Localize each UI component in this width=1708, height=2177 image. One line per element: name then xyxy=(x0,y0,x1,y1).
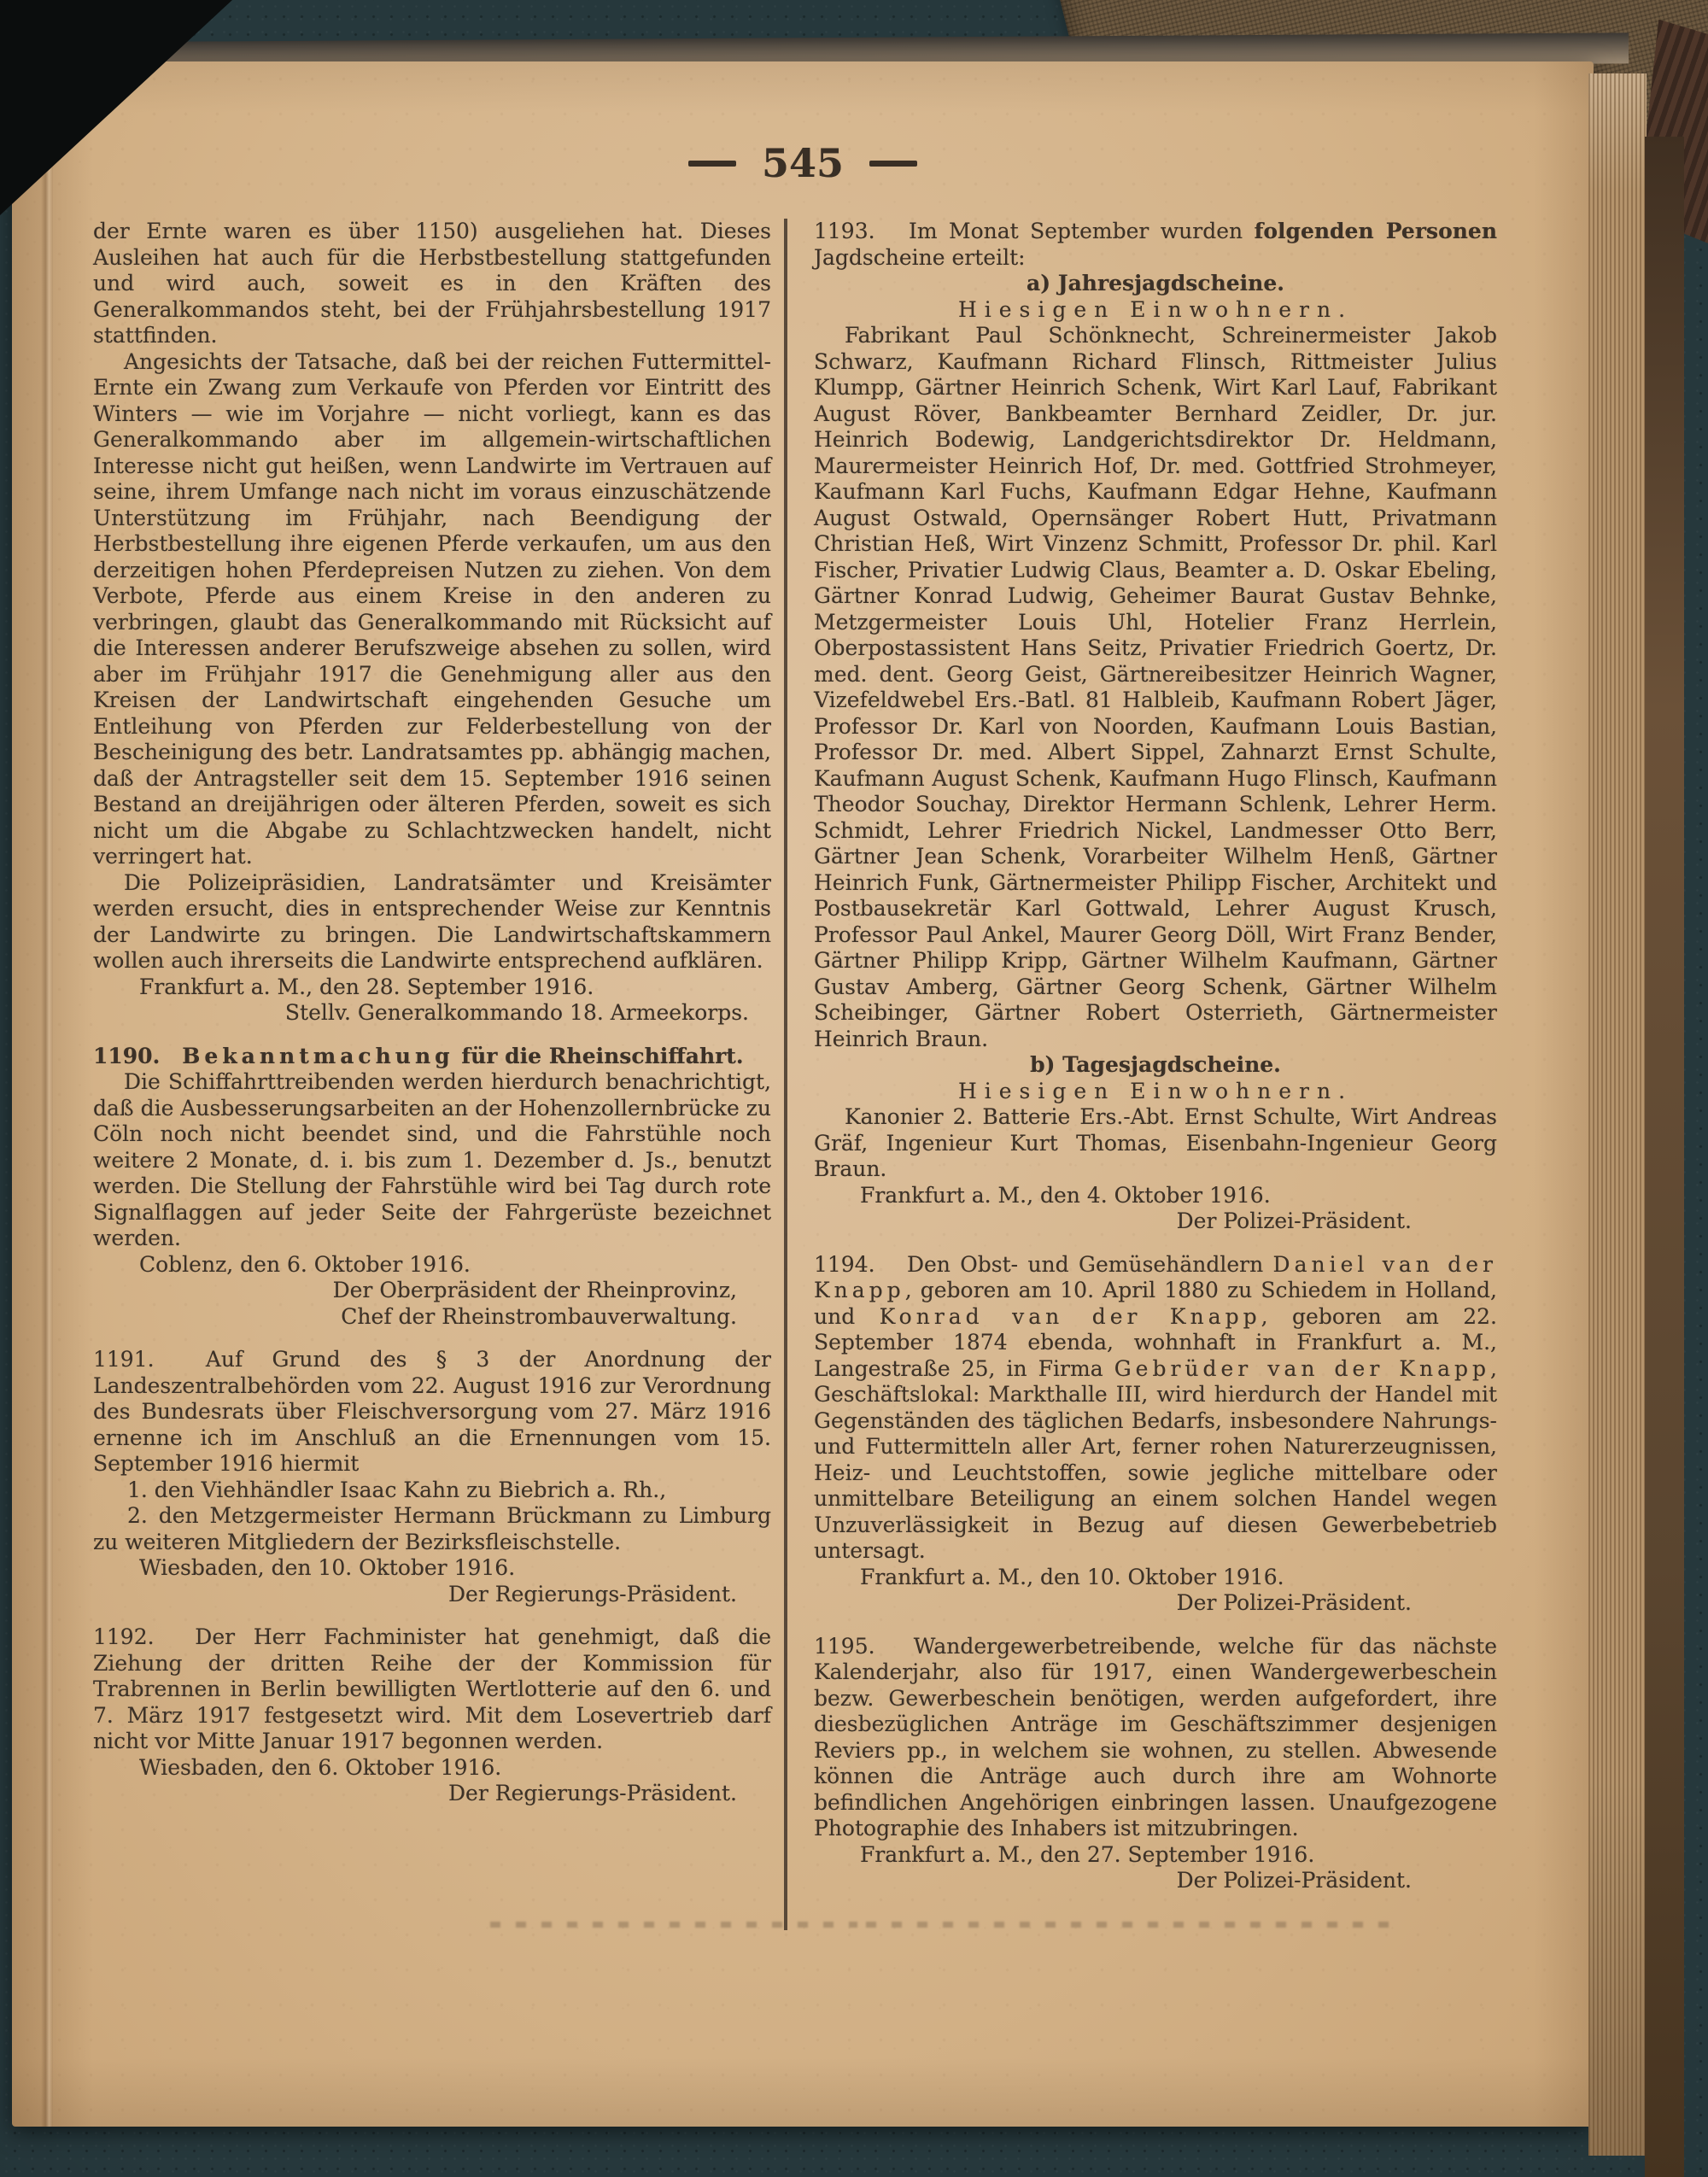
paragraph-angesichts: Angesichts der Tatsache, daß bei der rei… xyxy=(93,349,771,870)
item-1194-seg-1: Den Obst- und Gemüsehändlern xyxy=(898,1252,1273,1277)
subheading-hiesige-einwohner-b: Hiesigen Einwohnern. xyxy=(814,1079,1497,1105)
item-1195-text: Wandergewerbetreibende, welche für das n… xyxy=(814,1634,1497,1841)
item-1193-dateline: Frankfurt a. M., den 4. Oktober 1916. xyxy=(814,1183,1497,1209)
item-1192-dateline: Wiesbaden, den 6. Oktober 1916. xyxy=(93,1755,771,1782)
item-1193-intro-1: Im Monat September wurden xyxy=(898,219,1255,243)
page-stack-fore-edge xyxy=(1588,73,1647,2156)
item-1195-dateline: Frankfurt a. M., den 27. September 1916. xyxy=(814,1842,1497,1869)
item-1191-body: 1191. Auf Grund des § 3 der Anordnung de… xyxy=(93,1347,771,1478)
item-1194-seg-4: , Geschäftslokal: Markthalle III, wird h… xyxy=(814,1356,1497,1564)
item-number: 1193. xyxy=(814,219,875,243)
item-1195-signature: Der Polizei-Präsident. xyxy=(814,1868,1497,1894)
names-tagesjagdscheine: Kanonier 2. Batterie Ers.-Abt. Ernst Sch… xyxy=(814,1104,1497,1183)
item-1191-signature: Der Regierungs-Präsident. xyxy=(93,1582,771,1608)
signature-generalkommando: Stellv. Generalkommando 18. Armeekorps. xyxy=(93,1000,771,1027)
item-number: 1191. xyxy=(93,1347,155,1372)
item-1193: 1193. Im Monat September wurden folgende… xyxy=(814,219,1497,1235)
item-1191: 1191. Auf Grund des § 3 der Anordnung de… xyxy=(93,1347,771,1607)
item-1191-text: Auf Grund des § 3 der Anordnung der Land… xyxy=(93,1347,771,1476)
item-1192-text: Der Herr Fachminister hat genehmigt, daß… xyxy=(93,1624,771,1753)
header-rule-right xyxy=(869,161,917,167)
paragraph-continuation: der Ernte waren es über 1150) ausgeliehe… xyxy=(93,219,771,349)
item-1191-list-2: 2. den Metzgermeister Hermann Brückmann … xyxy=(93,1503,771,1555)
scanned-book-photo: 545 der Ernte waren es über 1150) ausgel… xyxy=(0,0,1708,2177)
ink-bleed-smudge-left xyxy=(490,1922,857,1928)
item-1190-title-rest: für die Rheinschiffahrt. xyxy=(454,1044,744,1068)
item-1190-heading: 1190.Bekanntmachung für die Rheinschiffa… xyxy=(93,1044,771,1070)
book-cover-edge-strip xyxy=(1645,137,1684,2177)
item-1192-body: 1192. Der Herr Fachminister hat genehmig… xyxy=(93,1624,771,1755)
heading-tagesjagdscheine: b) Tagesjagdscheine. xyxy=(814,1052,1497,1079)
paragraph-polizeipraesidien: Die Polizeipräsidien, Landratsämter und … xyxy=(93,870,771,974)
item-1195-body: 1195. Wandergewerbetreibende, welche für… xyxy=(814,1634,1497,1842)
item-1190-signature-2: Chef der Rheinstrombauverwaltung. xyxy=(93,1304,771,1331)
subheading-hiesige-einwohner-a: Hiesigen Einwohnern. xyxy=(814,297,1497,324)
item-1195: 1195. Wandergewerbetreibende, welche für… xyxy=(814,1634,1497,1894)
item-number: 1192. xyxy=(93,1624,155,1649)
item-1190-body: Die Schiffahrttreibenden werden hierdurc… xyxy=(93,1069,771,1252)
person-name-konrad-van-der-knapp: Konrad van der Knapp xyxy=(880,1304,1261,1329)
heading-jahresjagdscheine: a) Jahresjagdscheine. xyxy=(814,271,1497,297)
item-1194-body: 1194. Den Obst- und Gemüsehändlern Danie… xyxy=(814,1252,1497,1565)
item-1194: 1194. Den Obst- und Gemüsehändlern Danie… xyxy=(814,1252,1497,1617)
item-1190-dateline: Coblenz, den 6. Oktober 1916. xyxy=(93,1252,771,1279)
item-1192: 1192. Der Herr Fachminister hat genehmig… xyxy=(93,1624,771,1807)
item-number: 1194. xyxy=(814,1252,875,1277)
item-1193-intro: 1193. Im Monat September wurden folgende… xyxy=(814,219,1497,271)
ink-bleed-smudge-right xyxy=(866,1922,1404,1928)
item-1194-dateline: Frankfurt a. M., den 10. Oktober 1916. xyxy=(814,1565,1497,1591)
item-1190-title: Bekanntmachung xyxy=(182,1044,453,1068)
item-1193-intro-2: Jagdscheine erteilt: xyxy=(814,245,1026,270)
book-page: 545 der Ernte waren es über 1150) ausgel… xyxy=(12,61,1594,2127)
item-1190-signature-1: Der Oberpräsident der Rheinprovinz, xyxy=(93,1278,771,1304)
dateline-generalkommando: Frankfurt a. M., den 28. September 1916. xyxy=(93,974,771,1001)
item-1192-signature: Der Regierungs-Präsident. xyxy=(93,1781,771,1807)
item-1191-list-1: 1. den Viehhändler Isaac Kahn zu Biebric… xyxy=(93,1478,771,1504)
item-1190: 1190.Bekanntmachung für die Rheinschiffa… xyxy=(93,1044,771,1331)
names-jahresjagdscheine: Fabrikant Paul Schönknecht, Schreinermei… xyxy=(814,323,1497,1052)
item-1193-intro-bold: folgenden Personen xyxy=(1255,219,1497,243)
page-number: 545 xyxy=(762,140,844,186)
firm-name-gebrueder-van-der-knapp: Gebrüder van der Knapp xyxy=(1114,1356,1490,1381)
item-number: 1190. xyxy=(93,1044,160,1068)
item-1191-dateline: Wiesbaden, den 10. Oktober 1916. xyxy=(93,1555,771,1582)
item-1194-signature: Der Polizei-Präsident. xyxy=(814,1590,1497,1617)
item-number: 1195. xyxy=(814,1634,875,1659)
item-1193-signature: Der Polizei-Präsident. xyxy=(814,1208,1497,1235)
page-content: 545 der Ernte waren es über 1150) ausgel… xyxy=(12,61,1594,2127)
column-divider-rule xyxy=(784,219,787,1930)
header-rule-left xyxy=(688,161,736,167)
page-number-header: 545 xyxy=(12,140,1594,186)
left-column: der Ernte waren es über 1150) ausgeliehe… xyxy=(93,219,771,1807)
right-column: 1193. Im Monat September wurden folgende… xyxy=(814,219,1497,1894)
